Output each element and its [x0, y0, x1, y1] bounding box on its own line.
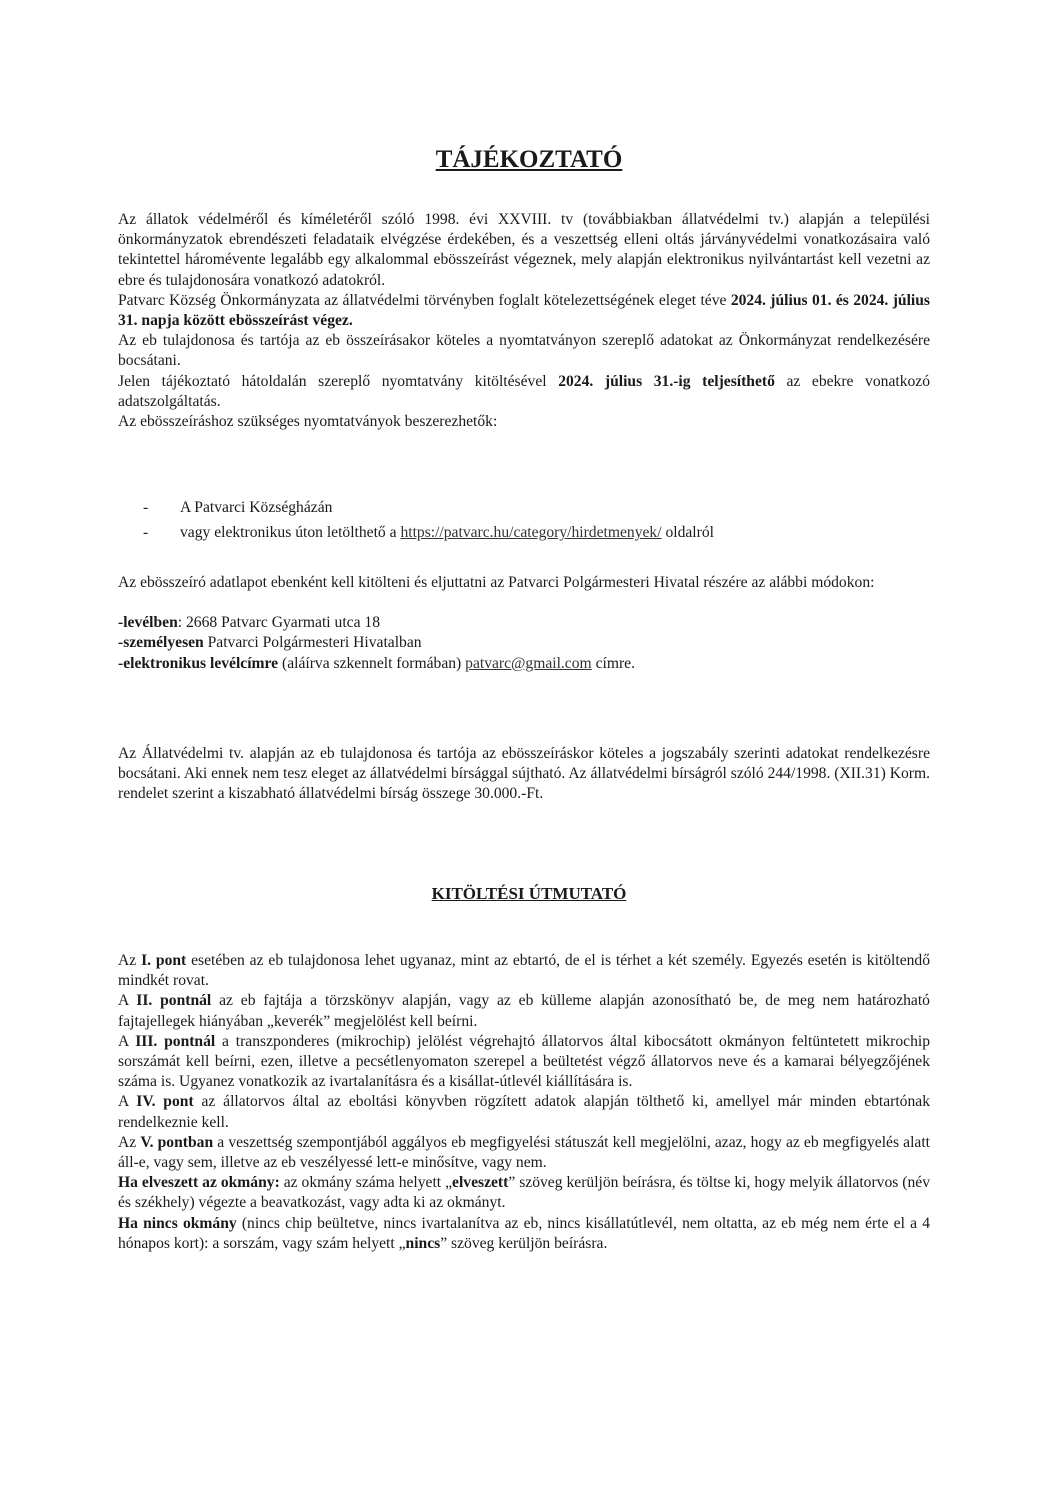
mail-address: : 2668 Patvarc Gyarmati utca 18 — [178, 614, 380, 631]
guide-item-1: Az I. pont esetében az eb tulajdonosa le… — [118, 951, 930, 991]
intro-paragraph-1: Az állatok védelméről és kíméletéről szó… — [118, 210, 930, 291]
penalty-paragraph: Az Állatvédelmi tv. alapján az eb tulajd… — [118, 744, 930, 805]
email-text-end: címre. — [592, 655, 635, 672]
intro-p4-text: Jelen tájékoztató hátoldalán szereplő ny… — [118, 373, 558, 390]
guide-text: A — [118, 1093, 136, 1110]
guide-text: az okmány száma helyett „ — [280, 1174, 452, 1191]
email-text: (aláírva szkennelt formában) — [278, 655, 465, 672]
source-item-1: A Patvarci Községházán — [180, 499, 332, 516]
guide-keyword: elveszett — [452, 1174, 508, 1191]
source-item-2-text: vagy elektronikus úton letölthető a — [180, 524, 400, 541]
guide-point-label: IV. pont — [136, 1093, 193, 1110]
delivery-person: -személyesen Patvarci Polgármesteri Hiva… — [118, 633, 930, 653]
guide-text: az állatorvos által az eboltási könyvben… — [118, 1093, 930, 1130]
guide-point-label: V. pontban — [140, 1134, 213, 1151]
delivery-section: Az ebösszeíró adatlapot ebenként kell ki… — [118, 573, 930, 674]
guide-text: Az — [118, 1134, 140, 1151]
guide-item-5: Az V. pontban a veszettség szempontjából… — [118, 1133, 930, 1173]
intro-paragraph-4: Jelen tájékoztató hátoldalán szereplő ny… — [118, 372, 930, 412]
guide-point-label: I. pont — [141, 952, 186, 969]
page-title: TÁJÉKOZTATÓ — [0, 146, 1058, 174]
mail-label: -levélben — [118, 614, 178, 631]
guide-text: A — [118, 1033, 135, 1050]
delivery-mail: -levélben: 2668 Patvarc Gyarmati utca 18 — [118, 613, 930, 633]
guide-keyword: nincs — [406, 1235, 441, 1252]
sources-list: -A Patvarci Községházán -vagy elektronik… — [118, 498, 930, 548]
delivery-email: -elektronikus levélcímre (aláírva szkenn… — [118, 654, 930, 674]
intro-p4-deadline: 2024. július 31.-ig teljesíthető — [558, 373, 775, 390]
penalty-section: Az Állatvédelmi tv. alapján az eb tulajd… — [118, 744, 930, 805]
guide-point-label: Ha nincs okmány — [118, 1215, 237, 1232]
guide-item-3: A III. pontnál a transzponderes (mikroch… — [118, 1032, 930, 1093]
guide-item-no-document: Ha nincs okmány (nincs chip beültetve, n… — [118, 1214, 930, 1254]
guide-item-2: A II. pontnál az eb fajtája a törzskönyv… — [118, 991, 930, 1031]
guide-section: Az I. pont esetében az eb tulajdonosa le… — [118, 951, 930, 1254]
document-page: TÁJÉKOZTATÓ Az állatok védelméről és kím… — [0, 0, 1058, 1496]
intro-section: Az állatok védelméről és kíméletéről szó… — [118, 210, 930, 432]
guide-point-label: III. pontnál — [135, 1033, 215, 1050]
hirdetmenyek-link[interactable]: https://patvarc.hu/category/hirdetmenyek… — [400, 524, 661, 541]
guide-item-4: A IV. pont az állatorvos által az eboltá… — [118, 1092, 930, 1132]
dash-bullet-icon: - — [143, 523, 148, 543]
guide-text: esetében az eb tulajdonosa lehet ugyanaz… — [118, 952, 930, 989]
email-link[interactable]: patvarc@gmail.com — [465, 655, 592, 672]
intro-paragraph-3: Az eb tulajdonosa és tartója az eb össze… — [118, 331, 930, 371]
person-label: -személyesen — [118, 634, 204, 651]
list-item: -A Patvarci Községházán — [118, 498, 930, 523]
guide-text: a veszettség szempontjából aggályos eb m… — [118, 1134, 930, 1171]
email-label: -elektronikus levélcímre — [118, 655, 278, 672]
intro-p2-text: Patvarc Község Önkormányzata az állatvéd… — [118, 292, 731, 309]
guide-point-label: II. pontnál — [136, 992, 211, 1009]
delivery-intro: Az ebösszeíró adatlapot ebenként kell ki… — [118, 573, 930, 593]
guide-text: A — [118, 992, 136, 1009]
guide-text: ” szöveg kerüljön beírásra. — [440, 1235, 607, 1252]
intro-paragraph-2: Patvarc Község Önkormányzata az állatvéd… — [118, 291, 930, 331]
dash-bullet-icon: - — [143, 498, 148, 518]
guide-text: Az — [118, 952, 141, 969]
guide-text: a transzponderes (mikrochip) jelölést vé… — [118, 1033, 930, 1090]
intro-paragraph-5: Az ebösszeíráshoz szükséges nyomtatványo… — [118, 412, 930, 432]
guide-point-label: Ha elveszett az okmány: — [118, 1174, 280, 1191]
guide-text: az eb fajtája a törzskönyv alapján, vagy… — [118, 992, 930, 1029]
guide-item-lost-document: Ha elveszett az okmány: az okmány száma … — [118, 1173, 930, 1213]
guide-title: KITÖLTÉSI ÚTMUTATÓ — [0, 884, 1058, 904]
source-item-2-text-end: oldalról — [662, 524, 714, 541]
list-item: -vagy elektronikus úton letölthető a htt… — [118, 523, 930, 548]
person-location: Patvarci Polgármesteri Hivatalban — [204, 634, 422, 651]
